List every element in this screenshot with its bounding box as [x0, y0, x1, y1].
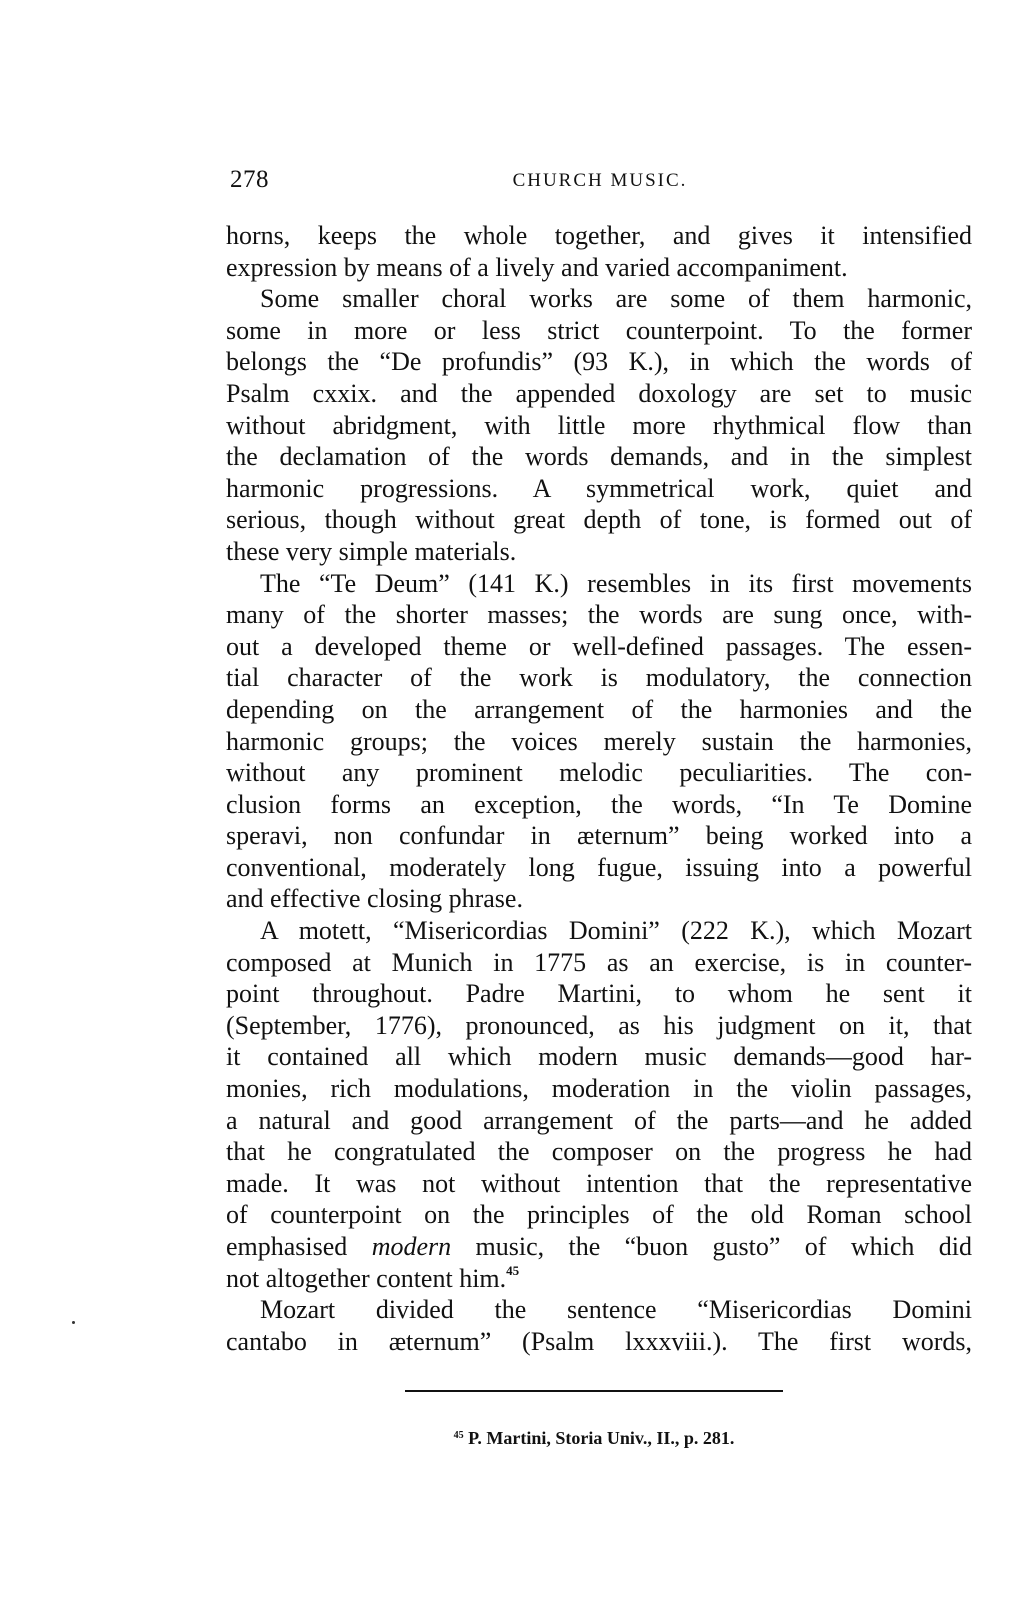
book-page: 278 CHURCH MUSIC. horns, keeps the whole…: [0, 0, 1036, 1600]
text-line: conventional, moderately long fugue, iss…: [226, 852, 972, 884]
footnote-marker: 45: [454, 1430, 464, 1441]
text-line: without abridgment, with little more rhy…: [226, 410, 972, 442]
text-line: made. It was not without intention that …: [226, 1168, 972, 1200]
running-title: CHURCH MUSIC.: [230, 170, 970, 192]
text-line: tial character of the work is modulatory…: [226, 662, 972, 694]
text-line: clusion forms an exception, the words, “…: [226, 789, 972, 821]
footnote-text: P. Martini, Storia Univ., II., p. 281.: [468, 1428, 734, 1448]
text-line: point throughout. Padre Martini, to whom…: [226, 978, 972, 1010]
italic-word: modern: [372, 1232, 451, 1261]
text-line: of counterpoint on the principles of the…: [226, 1199, 972, 1231]
paragraph-2: Some smaller choral works are some of th…: [226, 283, 972, 567]
paragraph-1: horns, keeps the whole together, and giv…: [226, 220, 972, 283]
text-line: A motett, “Misericordias Domini” (222 K.…: [226, 915, 972, 947]
text-line: it contained all which modern music dema…: [226, 1041, 972, 1073]
text-line: that he congratulated the composer on th…: [226, 1136, 972, 1168]
text-line: many of the shorter masses; the words ar…: [226, 599, 972, 631]
text-line: these very simple materials.: [226, 536, 972, 568]
text-line: harmonic groups; the voices merely susta…: [226, 726, 972, 758]
text-line: composed at Munich in 1775 as an exercis…: [226, 947, 972, 979]
text-line: Some smaller choral works are some of th…: [226, 283, 972, 315]
text-line: depending on the arrangement of the harm…: [226, 694, 972, 726]
text-line: the declamation of the words demands, an…: [226, 441, 972, 473]
text-line: monies, rich modulations, moderation in …: [226, 1073, 972, 1105]
text-line: out a developed theme or well-defined pa…: [226, 631, 972, 663]
text-line: speravi, non confundar in æternum” being…: [226, 820, 972, 852]
text-line: (September, 1776), pronounced, as his ju…: [226, 1010, 972, 1042]
paragraph-3: The “Te Deum” (141 K.) resembles in its …: [226, 568, 972, 916]
body-text: horns, keeps the whole together, and giv…: [226, 220, 972, 1357]
paragraph-5: Mozart divided the sentence “Misericordi…: [226, 1294, 972, 1357]
text-line: cantabo in æternum” (Psalm lxxxviii.). T…: [226, 1326, 972, 1358]
text-line: a natural and good arrangement of the pa…: [226, 1105, 972, 1137]
text-line: and effective closing phrase.: [226, 883, 972, 915]
text-run: music, the “buon gusto” of which did: [451, 1232, 972, 1261]
text-run: emphasised: [226, 1232, 372, 1261]
text-line: not altogether content him.45: [226, 1263, 972, 1295]
text-line: emphasised modern music, the “buon gusto…: [226, 1231, 972, 1263]
footnote: 45 P. Martini, Storia Univ., II., p. 281…: [405, 1428, 783, 1449]
text-line: some in more or less strict counterpoint…: [226, 315, 972, 347]
paragraph-4: A motett, “Misericordias Domini” (222 K.…: [226, 915, 972, 1294]
text-line: horns, keeps the whole together, and giv…: [226, 220, 972, 252]
text-line: The “Te Deum” (141 K.) resembles in its …: [226, 568, 972, 600]
footnote-rule: [405, 1390, 783, 1392]
scan-speck: [72, 1321, 75, 1324]
text-line: Psalm cxxix. and the appended doxology a…: [226, 378, 972, 410]
text-line: serious, though without great depth of t…: [226, 504, 972, 536]
text-line: belongs the “De profundis” (93 K.), in w…: [226, 346, 972, 378]
text-line: harmonic progressions. A symmetrical wor…: [226, 473, 972, 505]
text-line: expression by means of a lively and vari…: [226, 252, 972, 284]
running-head: 278 CHURCH MUSIC.: [230, 166, 970, 196]
text-line: without any prominent melodic peculiarit…: [226, 757, 972, 789]
footnote-reference[interactable]: 45: [506, 1263, 519, 1278]
text-line: Mozart divided the sentence “Misericordi…: [226, 1294, 972, 1326]
text-run: not altogether content him.: [226, 1264, 506, 1293]
